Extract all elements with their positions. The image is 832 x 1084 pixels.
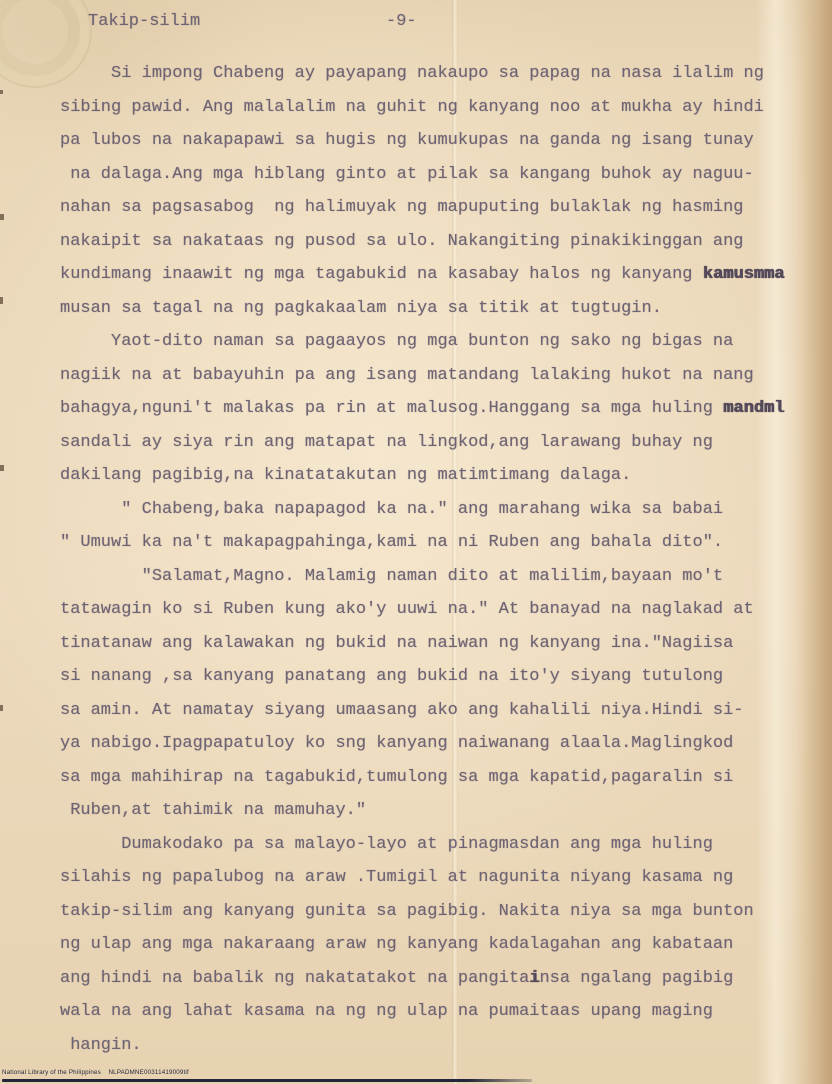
text-line: Si impong Chabeng ay payapang nakaupo sa… [60,57,800,91]
text-line: si nanang ,sa kanyang panatang ang bukid… [60,660,800,694]
scan-right-edge-shadow [796,0,832,1084]
typed-text: "Salamat,Magno. Malamig naman dito at ma… [60,567,723,586]
scanned-typewritten-page: Takip-silim -9- Si impong Chabeng ay pay… [0,0,832,1084]
text-line: sa amin. At namatay siyang umaasang ako … [60,694,800,728]
edge-speck [0,214,4,220]
watermark-text: National Library of the Philippines NLPA… [2,1069,189,1076]
library-name: National Library of the Philippines [2,1069,101,1076]
typed-text: nagiik na at babayuhin pa ang isang mata… [60,366,754,385]
typed-text: na dalaga.Ang mga hiblang ginto at pilak… [60,165,754,184]
text-line: pa lubos na nakapapawi sa hugis ng kumuk… [60,124,800,158]
typed-text: sibing pawid. Ang malalalim na guhit ng … [60,98,764,117]
library-watermark: National Library of the Philippines NLPA… [2,1069,832,1084]
typed-text: sa mga mahihirap na tagabukid,tumulong s… [60,768,733,787]
typed-text: bahagya,nguni't malakas pa rin at maluso… [60,399,723,418]
text-line: hangin. [60,1029,800,1063]
text-line: musan sa tagal na ng pagkakaalam niya sa… [60,292,800,326]
text-line: sa mga mahihirap na tagabukid,tumulong s… [60,761,800,795]
overstruck-text: kamusmma [703,265,785,284]
document-lines: Si impong Chabeng ay payapang nakaupo sa… [60,57,800,1062]
edge-speck [0,465,4,471]
typed-text: ya nabigo.Ipagpapatuloy ko sng kanyang n… [60,734,733,753]
typed-text: hangin. [60,1036,142,1055]
typed-text: sa amin. At namatay siyang umaasang ako … [60,701,744,720]
text-line: ya nabigo.Ipagpapatuloy ko sng kanyang n… [60,727,800,761]
text-line: Ruben,at tahimik na mamuhay." [60,794,800,828]
typed-text: nakaipit sa nakataas ng pusod sa ulo. Na… [60,232,744,251]
typed-text: Yaot-dito naman sa pagaayos ng mga bunto… [60,332,733,351]
typed-text: pa lubos na nakapapawi sa hugis ng kumuk… [60,131,754,150]
page-number: -9- [386,12,417,31]
text-line: na dalaga.Ang mga hiblang ginto at pilak… [60,158,800,192]
typed-text: Dumakodako pa sa malayo-layo at pinagmas… [60,835,713,854]
text-line: kundimang inaawit ng mga tagabukid na ka… [60,258,800,292]
text-line: Yaot-dito naman sa pagaayos ng mga bunto… [60,325,800,359]
typed-text: takip-silim ang kanyang gunita sa pagibi… [60,902,754,921]
typed-text: Si impong Chabeng ay payapang nakaupo sa… [60,64,764,83]
watermark-gap [101,1069,109,1076]
typed-text: ng ulap ang mga nakaraang araw ng kanyan… [60,935,733,954]
text-line: " Umuwi ka na't makapagpahinga,kami na n… [60,526,800,560]
typed-text: nsa ngalang pagibig [539,969,733,988]
text-line: "Salamat,Magno. Malamig naman dito at ma… [60,560,800,594]
edge-speck [0,297,3,304]
typed-text: sandali ay siya rin ang matapat na lingk… [60,433,713,452]
text-line: " Chabeng,baka napapagod ka na." ang mar… [60,493,800,527]
text-line: tatawagin ko si Ruben kung ako'y uuwi na… [60,593,800,627]
overstruck-text: i [529,969,539,988]
text-line: takip-silim ang kanyang gunita sa pagibi… [60,895,800,929]
overstruck-text: mandml [723,399,784,418]
text-line: silahis ng papalubog na araw .Tumigil at… [60,861,800,895]
typed-text: si nanang ,sa kanyang panatang ang bukid… [60,667,723,686]
text-line: wala na ang lahat kasama na ng ng ulap n… [60,995,800,1029]
text-line: ang hindi na babalik ng nakatatakot na p… [60,962,800,996]
text-line: ng ulap ang mga nakaraang araw ng kanyan… [60,928,800,962]
text-line: tinatanaw ang kalawakan ng bukid na naiw… [60,627,800,661]
text-line: nakaipit sa nakataas ng pusod sa ulo. Na… [60,225,800,259]
watermark-underline [2,1079,532,1082]
typed-text: ang hindi na babalik ng nakatatakot na p… [60,969,529,988]
file-id: NLPADMNE00311419009tif [109,1069,189,1076]
text-line: sibing pawid. Ang malalalim na guhit ng … [60,91,800,125]
text-line: sandali ay siya rin ang matapat na lingk… [60,426,800,460]
edge-speck [0,705,3,711]
typed-text: " Umuwi ka na't makapagpahinga,kami na n… [60,533,723,552]
typed-text: wala na ang lahat kasama na ng ng ulap n… [60,1002,713,1021]
text-line: nagiik na at babayuhin pa ang isang mata… [60,359,800,393]
typed-text: silahis ng papalubog na araw .Tumigil at… [60,868,733,887]
typed-text: " Chabeng,baka napapagod ka na." ang mar… [60,500,723,519]
text-line: nahan sa pagsasabog ng halimuyak ng mapu… [60,191,800,225]
typed-text: tinatanaw ang kalawakan ng bukid na naiw… [60,634,733,653]
typed-text: dakilang pagibig,na kinatatakutan ng mat… [60,466,631,485]
typed-text: musan sa tagal na ng pagkakaalam niya sa… [60,299,662,318]
typed-text: tatawagin ko si Ruben kung ako'y uuwi na… [60,600,754,619]
text-line: bahagya,nguni't malakas pa rin at maluso… [60,392,800,426]
typed-text: kundimang inaawit ng mga tagabukid na ka… [60,265,703,284]
text-line: Dumakodako pa sa malayo-layo at pinagmas… [60,828,800,862]
page-title: Takip-silim [88,12,200,31]
typed-text: nahan sa pagsasabog ng halimuyak ng mapu… [60,198,744,217]
text-line: dakilang pagibig,na kinatatakutan ng mat… [60,459,800,493]
edge-speck [0,90,3,94]
typed-text: Ruben,at tahimik na mamuhay." [60,801,366,820]
